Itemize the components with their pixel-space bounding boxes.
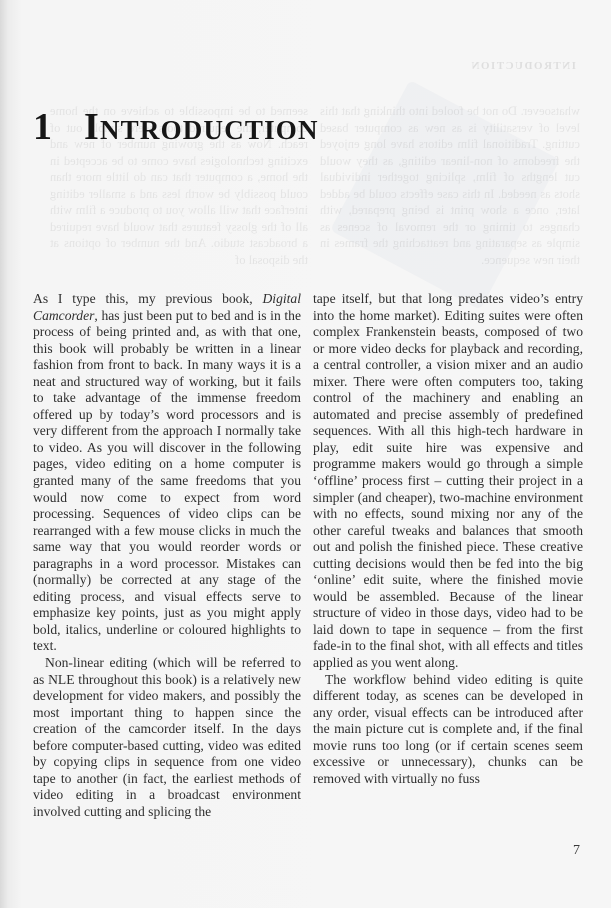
- chapter-title: Introduction: [84, 108, 319, 146]
- text-column-left: As I type this, my previous book, Digita…: [33, 291, 301, 821]
- chapter-number: 1: [33, 108, 52, 146]
- chapter-heading: 1 Introduction: [33, 108, 319, 146]
- paragraph: As I type this, my previous book, Digita…: [33, 291, 301, 655]
- show-through-shape: [330, 80, 560, 310]
- paragraph-continued: tape itself, but that long predates vide…: [313, 291, 583, 672]
- show-through-running-head: INTRODUCTION: [470, 58, 576, 75]
- paragraph-text: The workflow behind video editing is qui…: [313, 672, 583, 786]
- paragraph-text: , has just been put to bed and is in the…: [33, 308, 301, 654]
- paragraph: The workflow behind video editing is qui…: [313, 672, 583, 788]
- paragraph-text: As I type this, my previous book,: [33, 291, 262, 306]
- paragraph-text: Non-linear editing (which will be referr…: [33, 655, 301, 819]
- paragraph: Non-linear editing (which will be referr…: [33, 655, 301, 820]
- book-page: INTRODUCTION whatsoever. Do not be foole…: [0, 0, 611, 908]
- paragraph-text: tape itself, but that long predates vide…: [313, 291, 583, 670]
- text-column-right: tape itself, but that long predates vide…: [313, 291, 583, 787]
- page-number: 7: [573, 843, 580, 859]
